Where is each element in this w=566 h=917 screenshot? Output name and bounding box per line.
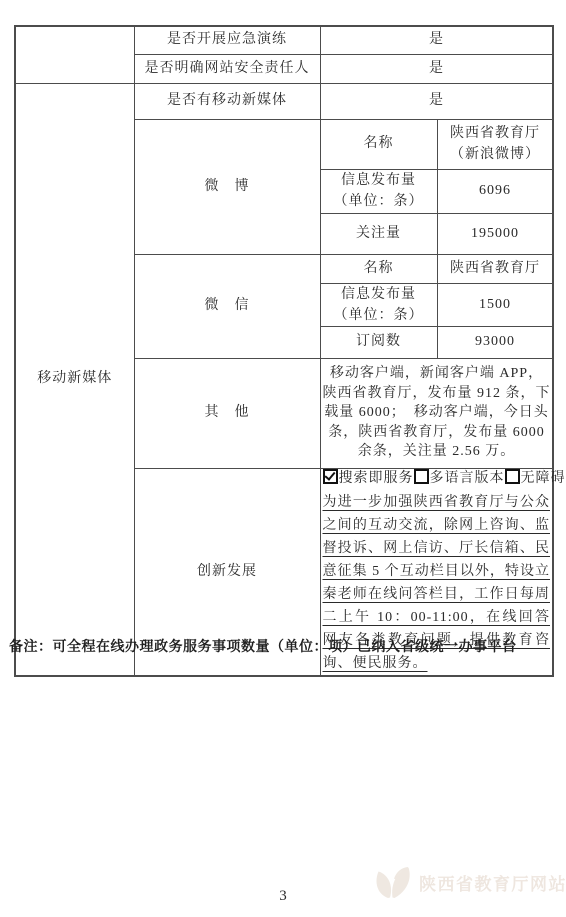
table-row: 是否开展应急演练 是 [15,26,553,54]
cell-question-has-mobile-media: 是否有移动新媒体 [134,83,320,119]
cell-answer-security-responsible: 是 [320,54,553,83]
weibo-name-line2: （新浪微博） [440,144,551,165]
checkbox-search-service-label: 搜索即服务 [339,471,414,486]
cell-wechat-volume-label: 信息发布量 （单位：条） [320,283,437,326]
checkbox-multilanguage-label: 多语言版本 [430,471,505,486]
wechat-volume-label-line2: （单位：条） [323,305,435,326]
cell-wechat-name-value: 陕西省教育厅 [437,254,553,283]
cell-answer-emergency-drill: 是 [320,26,553,54]
cell-wechat-subscribers-label: 订阅数 [320,326,437,358]
cell-weibo-volume-value: 6096 [437,169,553,213]
weibo-volume-label-line1: 信息发布量 [323,170,435,191]
document-page: 是否开展应急演练 是 是否明确网站安全责任人 是 移动新媒体 是否有移动新媒体 … [0,0,566,917]
cell-question-security-responsible: 是否明确网站安全责任人 [134,54,320,83]
wechat-volume-label-line1: 信息发布量 [323,284,435,305]
checkbox-multilanguage-icon [414,469,429,484]
innovation-checkbox-line: 搜索即服务多语言版本无障碍浏览千人千网其他 [323,469,551,489]
cell-question-emergency-drill: 是否开展应急演练 [134,26,320,54]
cell-section-empty [15,26,134,83]
table-row: 移动新媒体 是否有移动新媒体 是 [15,83,553,119]
cell-other-label: 其 他 [134,358,320,468]
cell-wechat-name-label: 名称 [320,254,437,283]
checkbox-accessibility-label: 无障碍浏览 [521,471,566,486]
weibo-volume-label-line2: （单位：条） [323,191,435,212]
checkbox-search-service-icon [323,469,338,484]
cell-wechat-volume-value: 1500 [437,283,553,326]
footnote: 备注：可全程在线办理政务服务事项数量（单位：项）已纳入省级统一办事平台 [9,636,557,656]
cell-weibo-followers-label: 关注量 [320,213,437,254]
cell-weibo-label: 微 博 [134,119,320,254]
cell-section-mobile-new-media: 移动新媒体 [15,83,134,676]
cell-weibo-volume-label: 信息发布量 （单位：条） [320,169,437,213]
cell-weibo-name-label: 名称 [320,119,437,169]
cell-weibo-name-value: 陕西省教育厅 （新浪微博） [437,119,553,169]
checkbox-accessibility-icon [505,469,520,484]
cell-answer-has-mobile-media: 是 [320,83,553,119]
cell-wechat-subscribers-value: 93000 [437,326,553,358]
cell-weibo-followers-value: 195000 [437,213,553,254]
cell-other-description: 移动客户端，新闻客户端 APP，陕西省教育厅，发布量 912 条，下载量 600… [320,358,553,468]
page-number: 3 [0,888,566,905]
weibo-name-line1: 陕西省教育厅 [440,123,551,144]
cell-wechat-label: 微 信 [134,254,320,358]
report-table: 是否开展应急演练 是 是否明确网站安全责任人 是 移动新媒体 是否有移动新媒体 … [14,25,554,677]
